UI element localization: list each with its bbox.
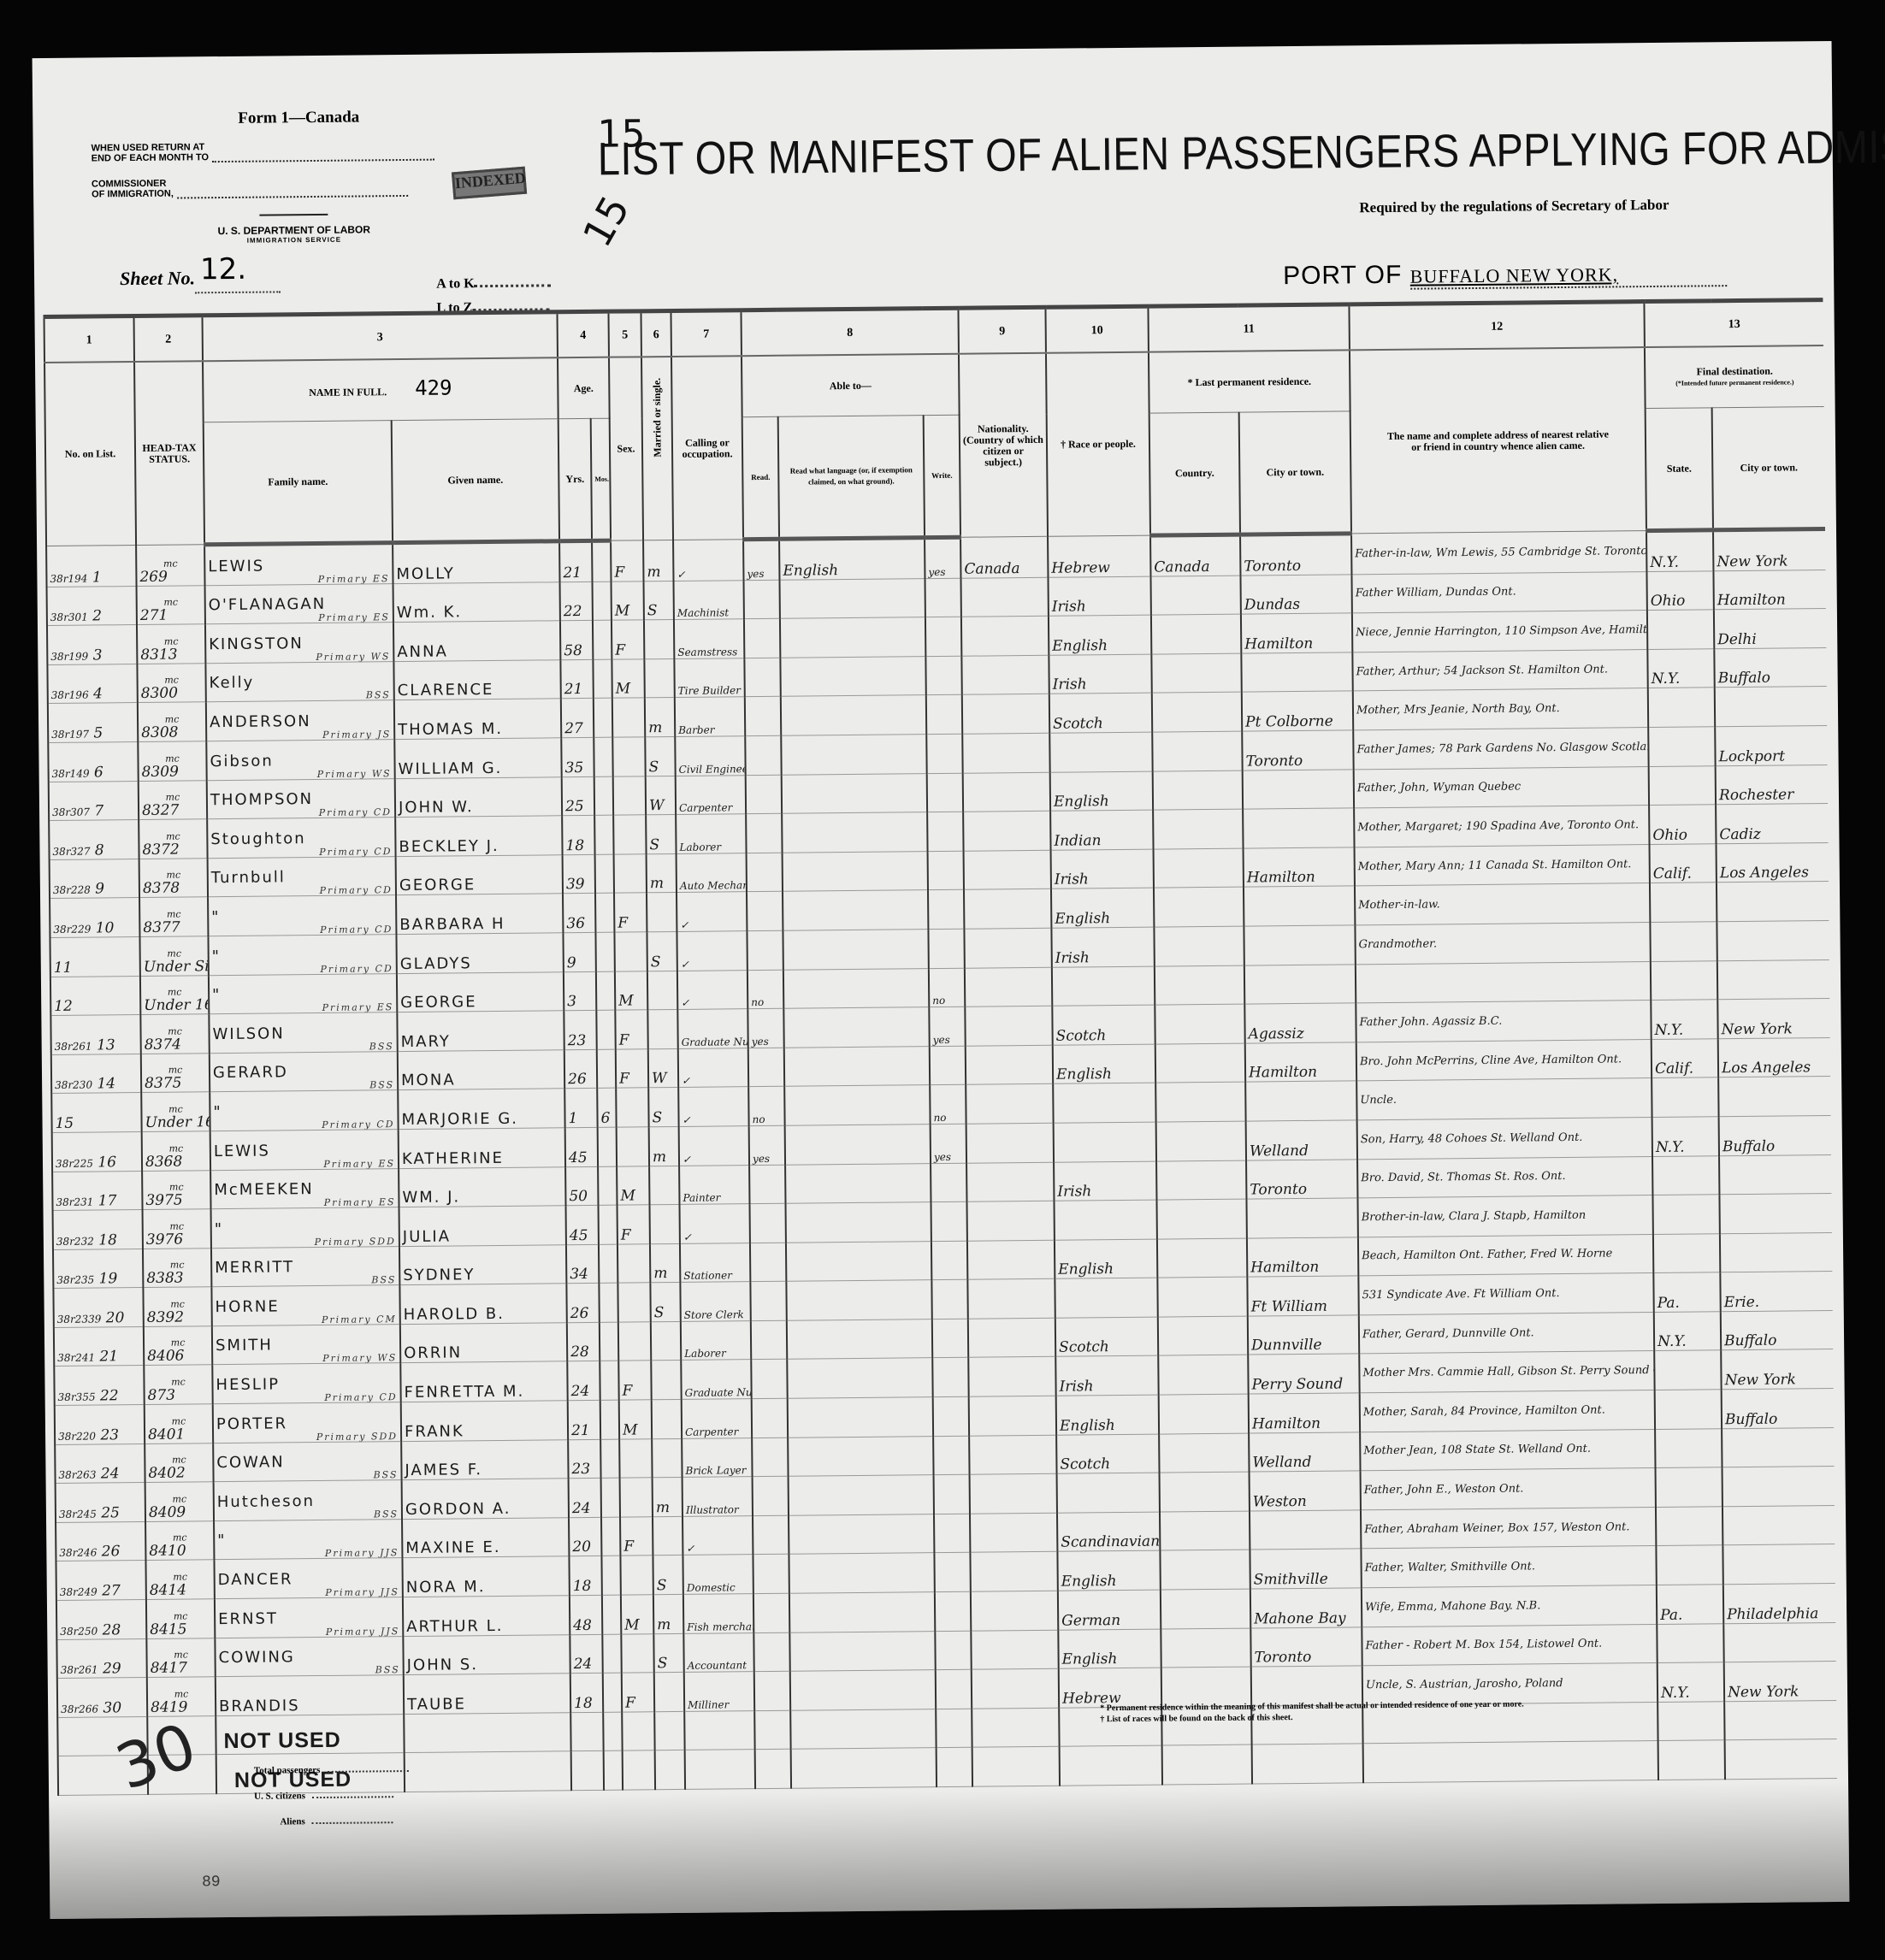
line-id: 38r199: [50, 650, 88, 662]
passenger-rows: 38r194 1 mc269 LEWISPrimary ES MOLLY 21 …: [46, 529, 1837, 1796]
race: Scandinavian: [1057, 1512, 1160, 1552]
marital-status: S: [645, 736, 675, 776]
age-years: 28: [567, 1322, 600, 1361]
inspection-note: Primary JJS: [218, 1626, 399, 1638]
age-months: [593, 620, 612, 659]
marital-status: [652, 1438, 682, 1478]
can-write: [934, 1514, 970, 1553]
col-able-to: Able to—: [742, 354, 960, 417]
line-id: 38r149: [52, 767, 90, 779]
list-number: 24: [101, 1465, 120, 1482]
nationality: [964, 889, 1051, 930]
destination-city: [1717, 882, 1829, 922]
head-tax-prefix: mc: [146, 1260, 208, 1271]
residence-country: [1156, 1160, 1246, 1201]
col-no-on-list: No. on List.: [44, 362, 136, 546]
residence-country: [1158, 1316, 1248, 1356]
race: English: [1058, 1629, 1161, 1669]
nationality: [970, 1473, 1057, 1514]
nearest-relative: Niece, Jennie Harrington, 110 Simpson Av…: [1352, 611, 1647, 652]
can-read: [751, 1360, 787, 1399]
head-tax-status: 8378: [143, 880, 180, 897]
destination-city: [1717, 920, 1829, 960]
nearest-relative: [1356, 961, 1651, 1003]
passenger-table: 1 2 3 4 5 6 7 8 9 10 11 12 13 No. on Lis…: [43, 298, 1837, 1796]
age-months: [599, 1283, 617, 1322]
family-name: Stoughton: [210, 829, 305, 848]
head-tax-status: 8372: [142, 841, 179, 858]
given-name: HAROLD B.: [399, 1284, 566, 1324]
given-name: THOMAS M.: [394, 699, 561, 739]
col-last-residence: * Last permanent residence.: [1149, 350, 1350, 413]
occupation: Tire Builder: [674, 658, 744, 697]
age-years: 23: [568, 1439, 600, 1479]
age-months: [593, 659, 612, 699]
inspection-note: Primary CM: [216, 1314, 397, 1325]
destination-city: Buffalo: [1721, 1310, 1833, 1350]
list-number: 22: [100, 1387, 119, 1404]
inspection-note: Primary SDD: [215, 1237, 396, 1248]
can-read: [753, 1593, 789, 1632]
nationality: [961, 616, 1049, 656]
given-name: GLADYS: [396, 933, 563, 973]
sheet-number-value: 12.: [200, 252, 246, 287]
can-write: [928, 851, 964, 890]
inspection-note: Primary ES: [212, 1002, 393, 1013]
sex: [614, 932, 647, 971]
residence-country: [1160, 1472, 1250, 1512]
residence-country: [1151, 614, 1241, 654]
head-tax-prefix: mc: [142, 792, 204, 802]
nationality: [962, 694, 1049, 735]
inspection-note: Primary ES: [209, 612, 390, 623]
can-write: [931, 1241, 967, 1280]
destination-state: Ohio: [1649, 805, 1716, 844]
can-read: [743, 580, 779, 619]
age-months: [603, 1673, 622, 1712]
inspection-note: Primary ES: [208, 574, 389, 585]
line-id: 38r246: [59, 1547, 97, 1559]
race: Scotch: [1052, 1005, 1155, 1045]
given-name: SYDNEY: [399, 1244, 566, 1284]
age-years: 58: [560, 621, 593, 660]
race: English: [1056, 1395, 1159, 1435]
destination-state: [1648, 688, 1715, 727]
age-months: [602, 1595, 621, 1634]
destination-state: [1650, 922, 1717, 961]
age-years: 9: [563, 932, 595, 971]
can-read: [745, 697, 781, 736]
line-id: 38r261: [61, 1664, 98, 1676]
read-language: [784, 1046, 930, 1086]
head-tax-prefix: mc: [150, 1650, 211, 1660]
residence-country: [1159, 1433, 1249, 1473]
line-id: 38r232: [56, 1235, 94, 1247]
family-name: Gibson: [210, 752, 273, 770]
can-write: no: [929, 968, 965, 1007]
sex: [616, 1088, 648, 1127]
read-language: [786, 1202, 931, 1243]
read-language: [782, 773, 927, 813]
residence-city: Welland: [1249, 1432, 1360, 1472]
nearest-relative: Brother-in-law, Clara J. Stapb, Hamilton: [1357, 1195, 1652, 1237]
family-name: HESLIP: [216, 1376, 280, 1395]
inspection-note: Primary JJS: [218, 1587, 399, 1598]
can-read: [749, 1165, 785, 1204]
line-id: 38r231: [56, 1196, 93, 1208]
col-given-name: Given name.: [392, 419, 559, 543]
sex: M: [615, 971, 647, 1010]
age-years: 25: [562, 776, 594, 816]
can-read: [746, 775, 782, 814]
line-id: 38r261: [55, 1040, 92, 1052]
col-mos: Mos.: [591, 418, 611, 540]
inspection-note: Primary CD: [211, 885, 393, 896]
given-name: JOHN W.: [395, 776, 562, 817]
residence-country: [1161, 1628, 1250, 1668]
head-tax-prefix: mc: [143, 909, 204, 919]
read-language: [783, 851, 928, 891]
can-write: [932, 1358, 968, 1397]
can-read: [750, 1282, 786, 1321]
family-name: DANCER: [218, 1570, 293, 1589]
sex: [619, 1438, 652, 1478]
residence-city: Hamilton: [1241, 613, 1352, 653]
marital-status: W: [646, 776, 676, 815]
can-write: [931, 1279, 967, 1319]
head-tax-status: 8377: [143, 918, 180, 936]
race: [1054, 1200, 1156, 1240]
age-years: 27: [561, 699, 594, 738]
line-id: 38r250: [60, 1625, 97, 1637]
age-years: 18: [562, 816, 594, 855]
race: English: [1050, 771, 1153, 812]
marital-status: [647, 971, 677, 1010]
list-number: 30: [103, 1699, 121, 1716]
col-race: † Race or people.: [1046, 352, 1150, 537]
residence-country: [1152, 692, 1242, 732]
can-write: [936, 1669, 972, 1709]
destination-state: [1652, 1195, 1719, 1234]
marital-status: [651, 1361, 681, 1400]
marital-status: m: [649, 1126, 679, 1166]
age-years: 1: [564, 1089, 597, 1128]
residence-country: Canada: [1150, 534, 1240, 576]
given-name: WM. J.: [399, 1166, 565, 1207]
inspection-note: Primary CD: [214, 1119, 395, 1131]
age-months: [595, 894, 614, 933]
read-language: [782, 812, 927, 853]
col-name-in-full: NAME IN FULL. 429: [203, 357, 558, 422]
given-name: KATHERINE: [399, 1128, 565, 1168]
destination-city: Hamilton: [1713, 570, 1825, 610]
nearest-relative: Mother Mrs. Cammie Hall, Gibson St. Perr…: [1359, 1351, 1654, 1393]
col-relative: The name and complete address of nearest…: [1350, 347, 1646, 534]
nearest-relative: Father, Abraham Weiner, Box 157, Weston …: [1361, 1507, 1656, 1549]
residence-country: [1157, 1238, 1247, 1278]
residence-city: [1244, 964, 1356, 1004]
sex: F: [622, 1673, 654, 1712]
given-name: MOLLY: [393, 541, 559, 583]
race: Indian: [1050, 810, 1153, 850]
head-tax-status: 8368: [145, 1153, 182, 1170]
marital-status: [653, 1516, 682, 1556]
nationality: [963, 772, 1050, 812]
read-language: [788, 1436, 933, 1476]
list-number: 3: [93, 646, 103, 664]
race: English: [1049, 615, 1151, 655]
head-tax-status: 8308: [141, 724, 178, 741]
sex: [613, 815, 646, 854]
age-months: [595, 932, 614, 971]
residence-country: [1158, 1355, 1248, 1396]
sex: F: [620, 1517, 653, 1556]
line-id: 38r235: [56, 1274, 94, 1286]
head-tax-prefix: mc: [149, 1494, 210, 1504]
head-tax-status: 8327: [142, 802, 179, 819]
destination-city: Buffalo: [1719, 1115, 1831, 1155]
race: Scotch: [1055, 1317, 1158, 1357]
age-months: [600, 1400, 619, 1439]
read-language: [783, 930, 928, 970]
given-name: GORDON A.: [402, 1479, 569, 1519]
age-years: 3: [564, 971, 596, 1011]
age-years: 45: [566, 1205, 599, 1244]
list-number: 15: [55, 1115, 74, 1132]
family-name: ": [213, 1103, 222, 1121]
residence-city: Toronto: [1246, 1159, 1357, 1199]
inspection-note: Primary WS: [216, 1354, 397, 1365]
sheet-number: Sheet No.12.: [120, 257, 281, 294]
occupation: ✓: [679, 1126, 749, 1166]
occupation: ✓: [677, 892, 747, 931]
can-write: [926, 734, 962, 773]
marital-status: [654, 1673, 684, 1712]
given-name: ANNA: [393, 621, 560, 661]
head-tax-status: 271: [140, 607, 168, 624]
residence-country: [1161, 1589, 1250, 1629]
age-years: 18: [570, 1674, 603, 1713]
race: English: [1057, 1551, 1160, 1591]
destination-state: [1656, 1467, 1722, 1507]
inspection-note: Primary WS: [210, 769, 392, 780]
list-number: 20: [106, 1309, 125, 1326]
age-years: 23: [564, 1010, 596, 1049]
residence-country: [1150, 576, 1240, 616]
occupation: Fish merchant: [683, 1594, 753, 1633]
list-number: 6: [94, 764, 103, 781]
given-name: ORRIN: [400, 1323, 567, 1363]
line-id: 38r229: [53, 923, 91, 935]
given-name: TAUBE: [404, 1674, 570, 1714]
destination-city: Buffalo: [1722, 1389, 1834, 1429]
family-name: PORTER: [216, 1414, 287, 1433]
given-name: MARY: [397, 1011, 564, 1051]
destination-state: [1657, 1623, 1723, 1662]
nearest-relative: Father John. Agassiz B.C.: [1356, 1001, 1651, 1042]
occupation: ✓: [682, 1515, 753, 1555]
list-number: 13: [97, 1036, 115, 1054]
head-tax-status: 8417: [151, 1660, 187, 1677]
race: Irish: [1055, 1356, 1158, 1396]
age-months: [601, 1517, 620, 1556]
destination-city: [1722, 1544, 1835, 1585]
occupation: Laborer: [681, 1321, 751, 1361]
page-number: 89: [202, 1874, 221, 1891]
family-name: COWING: [218, 1649, 294, 1668]
head-tax-status: 8402: [148, 1465, 185, 1482]
age-months: [593, 582, 612, 621]
destination-city: [1722, 1427, 1834, 1467]
residence-country: [1155, 1043, 1245, 1083]
col-family-name: Family name.: [204, 421, 393, 545]
nationality: [971, 1630, 1058, 1670]
col-country: Country.: [1149, 412, 1240, 535]
totals-block: Total passengers U. S. citizens Aliens: [254, 1756, 409, 1835]
marital-status: S: [650, 1283, 680, 1322]
age-months: [594, 699, 612, 738]
head-tax-status: 8375: [145, 1075, 181, 1092]
given-name: GEORGE: [397, 971, 564, 1012]
read-language: [789, 1631, 935, 1671]
head-tax-status: 8410: [149, 1543, 186, 1560]
occupation: Graduate Nurse: [677, 1009, 747, 1048]
list-number: 21: [99, 1349, 118, 1366]
read-language: [787, 1319, 932, 1359]
nearest-relative: Father - Robert M. Box 154, Listowel Ont…: [1362, 1624, 1657, 1666]
marital-status: S: [646, 815, 676, 854]
can-write: [931, 1163, 966, 1202]
read-language: [789, 1553, 934, 1593]
race: [1055, 1278, 1157, 1318]
list-number: 19: [99, 1271, 118, 1288]
can-read: yes: [749, 1125, 785, 1165]
col-age: Age.: [558, 357, 610, 419]
marital-status: [647, 893, 677, 932]
occupation: Laborer: [676, 814, 746, 853]
port-of-entry: PORT OF BUFFALO NEW YORK,: [1283, 257, 1727, 291]
line-id: 38r230: [55, 1079, 92, 1091]
nationality: [966, 1084, 1053, 1125]
family-name: LEWIS: [208, 557, 264, 576]
read-language: [788, 1397, 933, 1438]
nationality: [960, 577, 1048, 617]
port-value: BUFFALO NEW YORK,: [1410, 263, 1727, 290]
destination-city: New York: [1717, 999, 1829, 1039]
head-tax-prefix: mc: [145, 1182, 207, 1192]
destination-state: [1656, 1507, 1722, 1546]
occupation: Civil Engineer: [675, 736, 745, 776]
nearest-relative: Mother, Margaret; 190 Spadina Ave, Toron…: [1354, 806, 1649, 847]
sex: [617, 1127, 649, 1166]
line-id: 38r196: [51, 689, 89, 701]
nearest-relative: Wife, Emma, Mahone Bay. N.B.: [1362, 1585, 1657, 1627]
can-read: [747, 853, 783, 892]
occupation: Carpenter: [682, 1399, 752, 1438]
return-label: WHEN USED RETURN AT END OF EACH MONTH TO: [92, 140, 435, 164]
residence-city: [1244, 886, 1355, 926]
inspection-note: Primary CD: [211, 924, 393, 936]
family-name: ": [215, 1220, 223, 1238]
destination-city: Los Angeles: [1718, 1037, 1830, 1077]
list-number: 16: [97, 1154, 116, 1171]
footnotes: * Permanent residence within the meaning…: [1100, 1698, 1524, 1725]
destination-state: [1655, 1390, 1722, 1429]
race: English: [1051, 888, 1154, 928]
age-months: [601, 1478, 620, 1517]
col-read: Read.: [742, 416, 779, 539]
destination-state: [1652, 1155, 1719, 1195]
destination-state: [1649, 765, 1716, 805]
age-months: [596, 1010, 615, 1049]
head-tax-status: 3976: [146, 1231, 183, 1248]
destination-state: Pa.: [1657, 1585, 1723, 1624]
can-read: [745, 735, 781, 775]
can-write: [931, 1201, 966, 1241]
list-number: 8: [95, 841, 104, 859]
family-name: ": [212, 948, 221, 965]
age-months: [599, 1205, 617, 1244]
head-tax-prefix: mc: [144, 987, 205, 997]
residence-city: Dunnville: [1248, 1315, 1359, 1355]
form-id: Form 1—Canada: [238, 108, 359, 127]
sex: F: [612, 620, 644, 659]
occupation: ✓: [677, 931, 747, 971]
head-tax-prefix: mc: [147, 1377, 209, 1387]
age-months: [600, 1361, 618, 1401]
destination-state: [1650, 883, 1717, 922]
residence-city: Ft William: [1247, 1276, 1358, 1316]
head-tax-status: 269: [139, 568, 168, 585]
destination-city: Lockport: [1715, 726, 1827, 766]
sex: [612, 698, 645, 737]
handwritten-mark-2: 15: [574, 188, 639, 255]
can-read: [752, 1438, 788, 1477]
age-years: 45: [565, 1127, 598, 1166]
nearest-relative: Mother, Mary Ann; 11 Canada St. Hamilton…: [1355, 844, 1650, 886]
destination-state: [1652, 1077, 1718, 1117]
list-number: 26: [102, 1544, 121, 1561]
family-name: WILSON: [212, 1024, 284, 1043]
head-tax-status: 8401: [148, 1426, 185, 1443]
nationality: [961, 655, 1049, 695]
race: Scotch: [1049, 693, 1152, 733]
col-state: State.: [1646, 408, 1713, 531]
marital-status: S: [648, 1088, 678, 1127]
col-dest-city: City or town.: [1712, 407, 1825, 530]
read-language: [783, 890, 928, 930]
page-title: LIST OR MANIFEST OF ALIEN PASSENGERS APP…: [597, 118, 1885, 186]
occupation: Graduate Nurse: [681, 1360, 751, 1399]
residence-city: Toronto: [1242, 730, 1353, 770]
head-tax-prefix: mc: [143, 871, 204, 881]
residence-city: Pt Colborne: [1242, 691, 1353, 731]
sex: [612, 737, 645, 776]
nearest-relative: 531 Syndicate Ave. Ft William Ont.: [1358, 1273, 1653, 1315]
residence-country: [1155, 965, 1244, 1006]
can-read: yes: [747, 1008, 783, 1048]
nearest-relative: Mother, Sarah, 84 Province, Hamilton Ont…: [1360, 1390, 1655, 1432]
family-name: HORNE: [216, 1297, 280, 1316]
sex: M: [612, 581, 644, 620]
nationality: [972, 1668, 1059, 1709]
occupation: ✓: [673, 540, 743, 581]
nationality: [970, 1513, 1057, 1553]
head-tax-prefix: mc: [139, 558, 201, 569]
head-tax-status: 8374: [145, 1036, 181, 1053]
age-years: 21: [559, 540, 592, 582]
age-years: 48: [570, 1595, 602, 1634]
